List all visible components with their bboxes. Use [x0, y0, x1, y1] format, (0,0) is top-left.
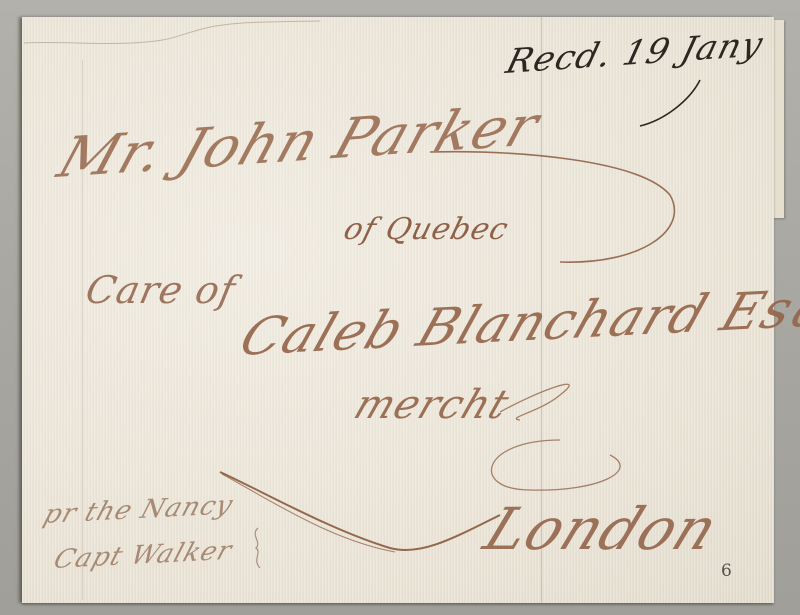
page-number: 6: [721, 561, 732, 581]
paper-tear-line: [22, 17, 322, 57]
care-of-label: Care of: [82, 268, 240, 312]
care-of-occupation: mercht: [348, 382, 516, 428]
addressee-place: of Quebec: [340, 212, 513, 247]
destination-city: London: [475, 495, 729, 563]
